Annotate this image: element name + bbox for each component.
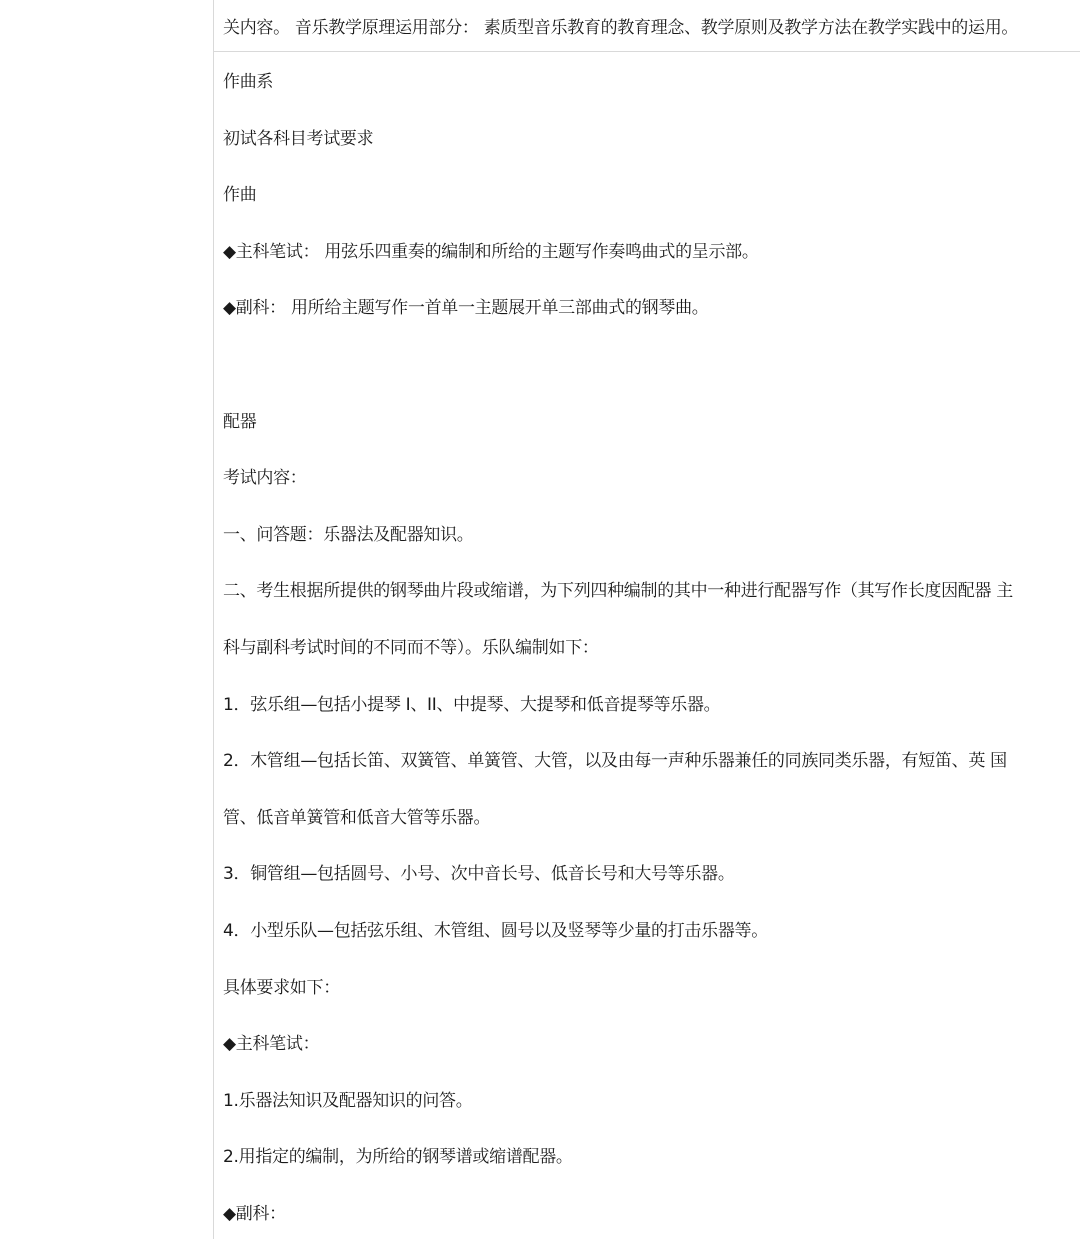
composition-major-written: ◆主科笔试： 用弦乐四重奏的编制和所给的主题写作奏鸣曲式的呈示部。 bbox=[223, 224, 1080, 281]
subheading-orchestration: 配器 bbox=[223, 394, 1080, 451]
top-cell-text: 关内容。 音乐教学原理运用部分： 素质型音乐教育的教育理念、教学原则及教学方法在… bbox=[223, 13, 1018, 38]
content-table: 关内容。 音乐教学原理运用部分： 素质型音乐教育的教育理念、教学原则及教学方法在… bbox=[213, 0, 1080, 1239]
subheading-composition: 作曲 bbox=[223, 167, 1080, 224]
table-cell-top: 关内容。 音乐教学原理运用部分： 素质型音乐教育的教育理念、教学原则及教学方法在… bbox=[214, 0, 1080, 52]
composition-minor: ◆副科： 用所给主题写作一首单一主题展开单三部曲式的钢琴曲。 bbox=[223, 280, 1080, 337]
requirements-label: 具体要求如下： bbox=[223, 960, 1080, 1017]
ensemble-item-2: 2．木管组—包括长笛、双簧管、单簧管、大管，以及由每一声种乐器兼任的同族同类乐器… bbox=[223, 733, 1080, 790]
major-requirement-1: 1.乐器法知识及配器知识的问答。 bbox=[223, 1073, 1080, 1130]
exam-item-2-continued: 科与副科考试时间的不同而不等）。乐队编制如下： bbox=[223, 620, 1080, 677]
major-requirement-2: 2.用指定的编制，为所给的钢琴谱或缩谱配器。 bbox=[223, 1129, 1080, 1186]
ensemble-item-1: 1．弦乐组—包括小提琴 I、II、中提琴、大提琴和低音提琴等乐器。 bbox=[223, 677, 1080, 734]
table-cell-main: 作曲系 初试各科目考试要求 作曲 ◆主科笔试： 用弦乐四重奏的编制和所给的主题写… bbox=[214, 54, 1080, 1239]
department-heading: 作曲系 bbox=[223, 54, 1080, 111]
section-heading-initial-exam: 初试各科目考试要求 bbox=[223, 111, 1080, 168]
exam-content-label: 考试内容： bbox=[223, 450, 1080, 507]
ensemble-item-2-continued: 管、低音单簧管和低音大管等乐器。 bbox=[223, 790, 1080, 847]
blank-line bbox=[223, 337, 1080, 394]
ensemble-item-4: 4．小型乐队—包括弦乐组、木管组、圆号以及竖琴等少量的打击乐器等。 bbox=[223, 903, 1080, 960]
exam-item-2: 二、考生根据所提供的钢琴曲片段或缩谱，为下列四种编制的其中一种进行配器写作（其写… bbox=[223, 563, 1080, 620]
orchestration-major-written: ◆主科笔试： bbox=[223, 1016, 1080, 1073]
orchestration-minor: ◆副科： bbox=[223, 1186, 1080, 1239]
ensemble-item-3: 3．铜管组—包括圆号、小号、次中音长号、低音长号和大号等乐器。 bbox=[223, 846, 1080, 903]
left-blank-column bbox=[0, 0, 213, 1239]
exam-item-1: 一、问答题：乐器法及配器知识。 bbox=[223, 507, 1080, 564]
